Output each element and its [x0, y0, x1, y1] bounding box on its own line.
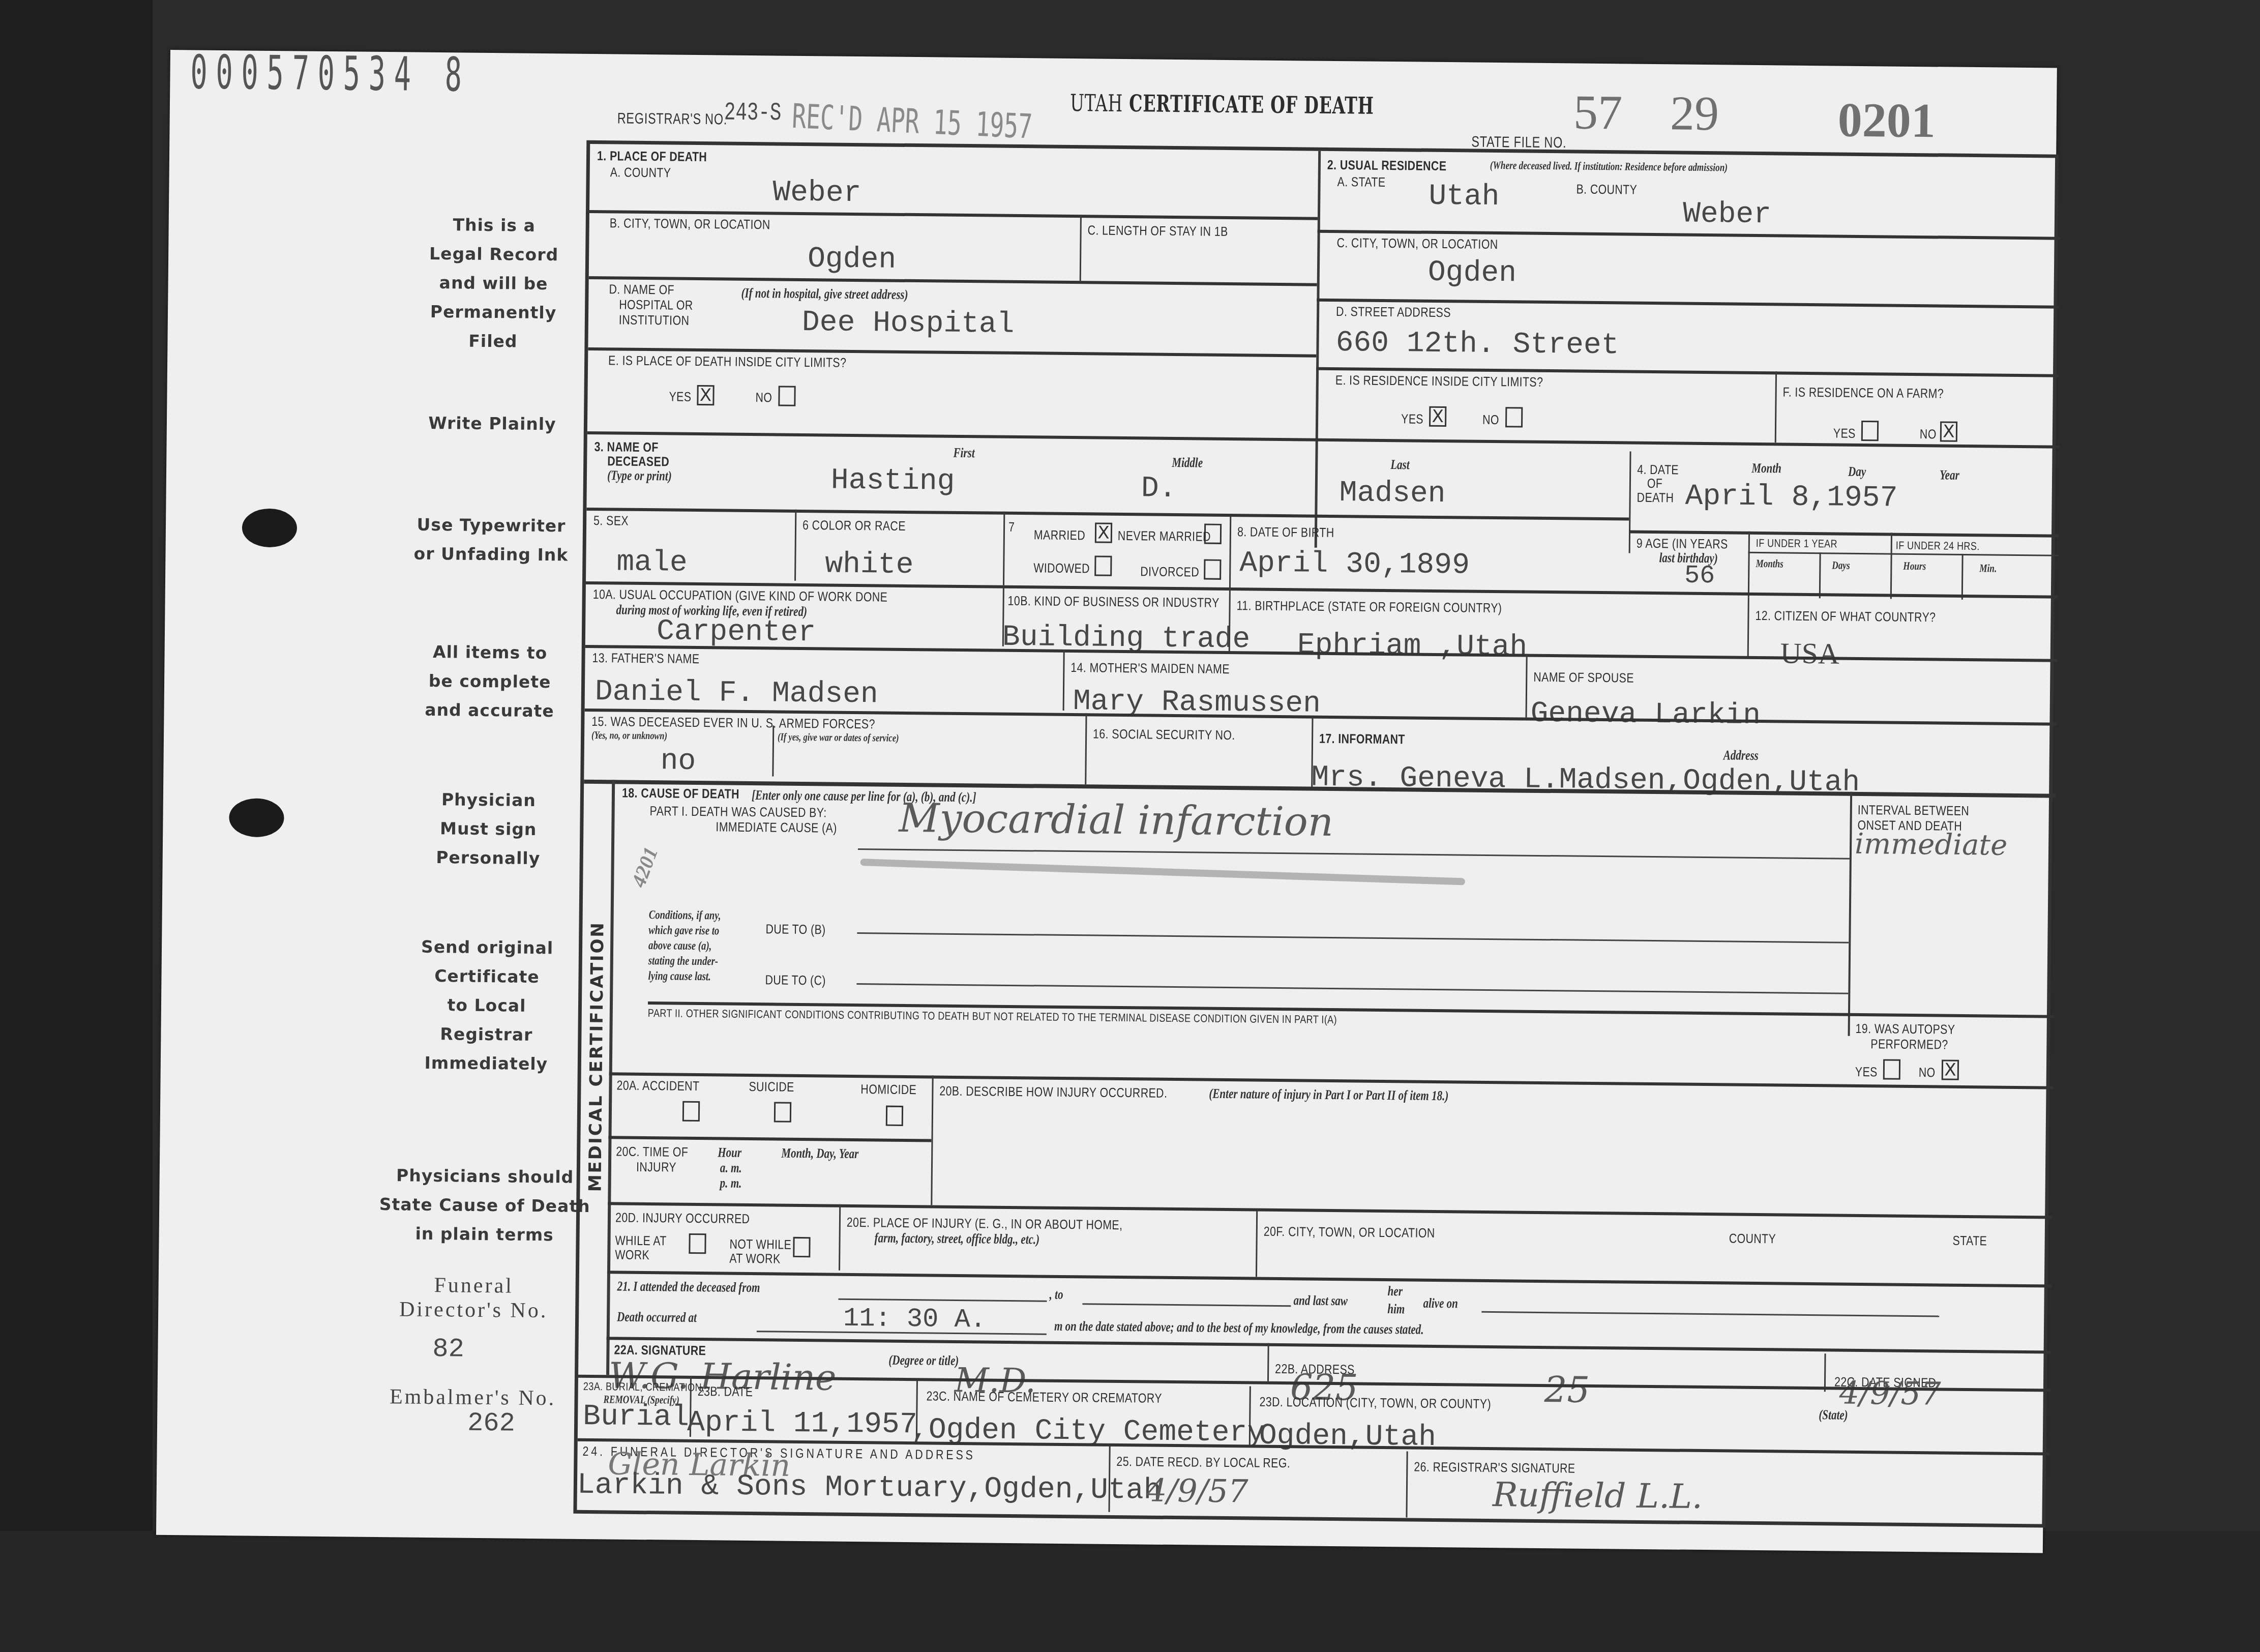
hospital-name: Dee Hospital [802, 306, 1015, 341]
death-time-value: 11: 30 A. [843, 1304, 986, 1335]
highlighter-mark [860, 859, 1465, 885]
married-checkbox[interactable]: X [1095, 522, 1112, 543]
burial-date: April 11,1957 [687, 1406, 917, 1441]
title-text: CERTIFICATE OF DEATH [1129, 90, 1374, 120]
autopsy-no-checkbox[interactable]: X [1942, 1060, 1959, 1080]
divorced-checkbox[interactable] [1204, 559, 1221, 580]
usual-residence-label: 2. USUAL RESIDENCE [1327, 157, 1447, 174]
deceased-first-name: Hasting [831, 464, 955, 498]
death-inside-city-no-checkbox[interactable] [778, 386, 795, 406]
race-value: white [825, 548, 914, 582]
not-while-at-work-checkbox[interactable] [793, 1237, 810, 1257]
birthplace-value: Ephriam ,Utah [1297, 629, 1528, 664]
death-certificate: 000570534 8 REGISTRAR'S NO. 243-S REC'D … [156, 50, 2057, 1553]
father-name: Daniel F. Madsen [595, 675, 878, 711]
physician-address-2: 25 [1544, 1369, 1590, 1411]
residence-street: 660 12th. Street [1335, 327, 1619, 362]
place-of-death-city: Ogden [808, 243, 897, 277]
death-inside-city-yes-checkbox[interactable]: X [697, 385, 714, 405]
autopsy-yes-checkbox[interactable] [1883, 1059, 1900, 1079]
conditions-hint: Conditions, if any, which gave rise to a… [648, 907, 721, 984]
residence-farm-no-checkbox[interactable]: X [1940, 421, 1957, 441]
state-file-no-part2: 29 [1670, 84, 1719, 141]
registrars-no-label: REGISTRAR'S NO. [617, 110, 728, 128]
document-number-stamp: 000570534 8 [190, 45, 470, 102]
widowed-checkbox[interactable] [1094, 555, 1112, 576]
embalmer-no-label: Embalmer's No. [345, 1384, 600, 1411]
margin-note-physician-sign: PhysicianMust signPersonally [381, 784, 596, 873]
occupation-value: Carpenter [657, 615, 816, 650]
margin-note-typewriter: Use Typewriteror Unfading Ink [384, 510, 598, 570]
embalmer-no-value: 262 [467, 1408, 515, 1439]
margin-note-complete: All items tobe completeand accurate [382, 637, 597, 726]
registrar-signature: Ruffield L.L. [1492, 1475, 1703, 1516]
residence-state: Utah [1429, 180, 1500, 214]
interval-value: immediate [1855, 828, 2008, 862]
residence-county: Weber [1683, 198, 1772, 232]
margin-code: 4201 [626, 844, 663, 890]
hole-punch-icon [229, 798, 284, 837]
disposition-type: Burial [583, 1400, 689, 1434]
accident-checkbox[interactable] [682, 1101, 700, 1122]
margin-note-cause-plain-terms: Physicians shouldState Cause of Deathin … [362, 1161, 607, 1250]
margin-note-write-plainly: Write Plainly [385, 408, 600, 439]
spouse-name: Geneva Larkin [1530, 697, 1761, 732]
while-at-work-checkbox[interactable] [689, 1233, 706, 1254]
citizen-value: USA [1780, 636, 1839, 670]
funeral-director-no-label: Funeral Director's No. [346, 1272, 601, 1323]
date-signed-value: 4/9/57 [1839, 1374, 1941, 1412]
armed-forces-value: no [660, 745, 696, 778]
date-of-death: April 8,1957 [1685, 480, 1897, 515]
age-value: 56 [1684, 562, 1715, 591]
never-married-checkbox[interactable] [1204, 524, 1222, 544]
place-of-death-label: 1. PLACE OF DEATH [597, 148, 707, 165]
date-received-value: 4/9/57 [1147, 1472, 1248, 1510]
funeral-director-address: Larkin & Sons Mortuary,Ogden,Utah [577, 1469, 1162, 1508]
date-of-birth: April 30,1899 [1239, 547, 1470, 582]
sex-value: male [616, 546, 688, 579]
suicide-checkbox[interactable] [774, 1102, 791, 1122]
deceased-middle-name: D. [1141, 472, 1176, 506]
state-file-no-part1: 57 [1573, 83, 1622, 140]
funeral-director-no-value: 82 [432, 1334, 464, 1365]
margin-note-legal-record: This is aLegal Recordand will bePermanen… [386, 210, 601, 357]
place-of-death-county: Weber [772, 176, 861, 210]
residence-inside-city-no-checkbox[interactable] [1505, 407, 1523, 427]
scanner-background-left [0, 0, 153, 1652]
state-file-no-part3: 0201 [1837, 91, 1936, 149]
received-stamp: REC'D APR 15 1957 [791, 97, 1033, 146]
margin-note-send-original: Send originalCertificateto LocalRegistra… [379, 932, 594, 1079]
residence-inside-city-yes-checkbox[interactable]: X [1429, 406, 1446, 427]
registrars-no-value: 243-S [724, 98, 782, 128]
certificate-title: UTAH CERTIFICATE OF DEATH [1070, 89, 1374, 120]
residence-farm-yes-checkbox[interactable] [1861, 421, 1879, 441]
certificate-form: 1. PLACE OF DEATH a. COUNTY Weber b. CIT… [573, 140, 2059, 1528]
deceased-last-name: Madsen [1339, 477, 1445, 511]
immediate-cause-value: Myocardial infarction [899, 795, 1333, 845]
residence-city: Ogden [1428, 256, 1517, 290]
hole-punch-icon [242, 508, 298, 547]
homicide-checkbox[interactable] [886, 1106, 903, 1126]
title-state: UTAH [1070, 89, 1123, 117]
medical-certification-label: MEDICAL CERTIFICATION [585, 921, 608, 1192]
